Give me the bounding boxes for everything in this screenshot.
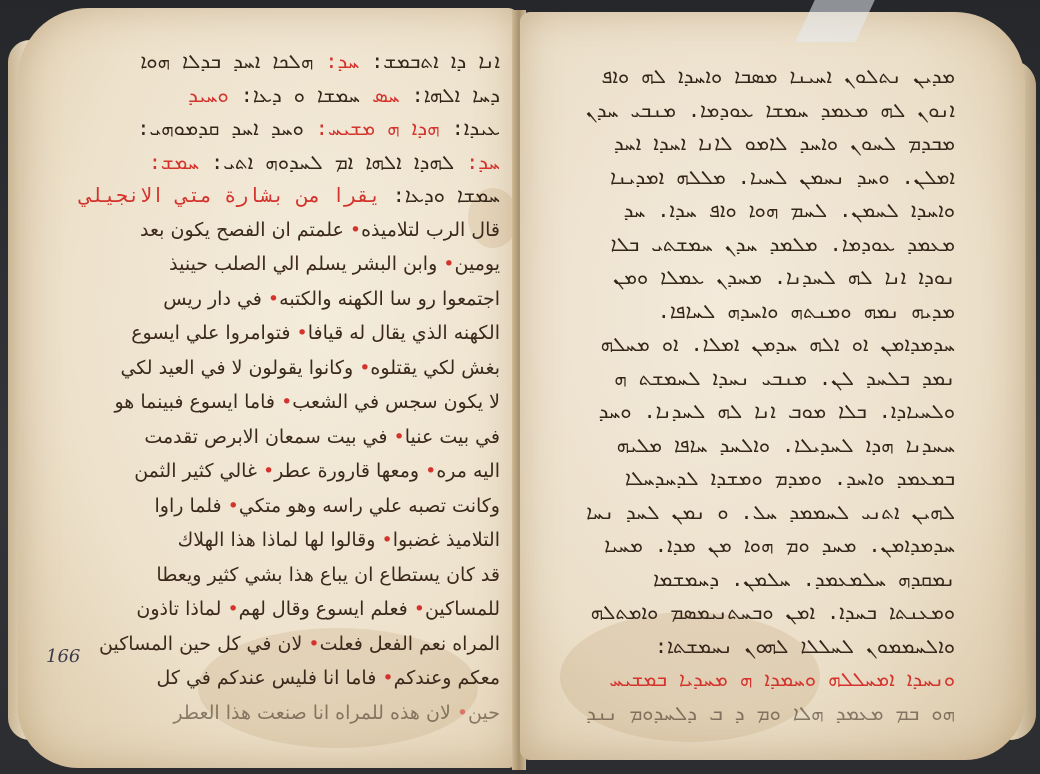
arabic-line: قد كان يستطاع ان يباع هذا بشي كثير ويعطا — [60, 558, 500, 593]
folio-number: 166 — [46, 646, 80, 667]
syriac-line: ܚܡܫܐ ܘܕܥܐ: يقرا من بشارة متي الانجيلي — [60, 179, 500, 213]
arabic-line: معكم وعندكم• فاما انا فليس عندكم في كل — [60, 661, 500, 696]
arabic-line: قال الرب لتلاميذه• علمتم ان الفصح يكون ب… — [60, 213, 500, 248]
syriac-rubric-line: ܘܢܚܕܐ ܐܡܚܠܠܗ ܘܚܡܕܐ ܗ ܡܚܕܝܐ ܒܡܫܝܚ — [560, 663, 955, 697]
arabic-line: حين• لان هذه للمراه انا صنعت هذا العطر — [60, 696, 500, 731]
arabic-line: المراه نعم الفعل فعلت• لان في كل حين الم… — [60, 627, 500, 662]
syriac-line: ܚܕ: ܠܗܕܐ ܐܠܗܐ ܐܡ ܠܚܕܘܗ ܐܬܝ: ܚܡܫ: — [60, 146, 500, 180]
syriac-line: ܗܘ ܒܡ ܡܥܡܕ ܗܠܐ ܘܡ ܕ ܒ ܕܠܚܕܘܡ ܢܢܕ — [560, 697, 955, 731]
arabic-line: في بيت عنيا• في بيت سمعان الابرص تقدمت — [60, 420, 500, 455]
arabic-line: اجتمعوا رو سا الكهنه والكتبه• في دار ريس — [60, 282, 500, 317]
syriac-line: ܒܡܥܡܕ ܘܐܚܕ. ܘܡܕܡ ܘܡܫܕܐ ܠܕܚܕܚܠܐ — [560, 462, 955, 496]
syriac-line: ܡܕܝܗ ܢܡܗ ܘܡܢܬܗ ܘܐܚܕܗ ܠܚܐܦܐ. — [560, 295, 955, 329]
syriac-line: ܘܡܥܢܬܐ ܒܚܕܐ. ܐܡܢ ܘܒܚܬܢܝܡܣܡ ܘܐܡܬܠܗ — [560, 596, 955, 630]
arabic-line: الكهنه الذي يقال له قيافا• فتوامروا علي … — [60, 316, 500, 351]
syriac-line: ܠܗܝܢ ܐܬܢܝ ܠܚܡܡܕ ܚܠ. ܘ ܢܡܢ ܠܚܕ ܢܚܐ — [560, 496, 955, 530]
syriac-line: ܚܕܡܕܐܡܢ ܐܘ ܐܠܗ ܚܕܡܢ ܐܡܠܐ. ܐܘ ܡܚܠܗ — [560, 328, 955, 362]
arabic-line: وكانت تصبه علي راسه وهو متكي• فلما راوا — [60, 489, 500, 524]
syriac-line: ܐܡܠܢ. ܘܚܕ ܢܚܡܢ ܠܚܝܐ. ܡܠܠܗ ܐܡܕܝܢܐ — [560, 161, 955, 195]
syriac-line: ܚܕܡܕܐܡܢ. ܡܚܕ ܘܡ ܗܘܐ ܡܢ ܡܕܐ. ܡܚܝܐ — [560, 529, 955, 563]
arabic-line: للمساكين• فعلم ايسوع وقال لهم• لماذا تاذ… — [60, 592, 500, 627]
syriac-line: ܢܘܕܐ ܐܢܐ ܠܗ ܠܚܕܢܐ. ܡܚܕܢ ܥܡܠܐ ܘܡܢ — [560, 261, 955, 295]
arabic-line: يومين• وابن البشر يسلم الي الصلب حينيذ — [60, 247, 500, 282]
syriac-line: ܐܢܘܢ ܠܗ ܡܥܡܕ ܚܡܫܐ ܥܘܕܡܐ. ܡܢܒܝ ܚܕܢ — [560, 94, 955, 128]
arabic-line: بغش لكي يقتلوه• وكانوا يقولون لا في العي… — [60, 351, 500, 386]
syriac-line: ܚܚܕܢܐ ܗܕܐ ܠܚܕܝܠܐ. ܘܐܠܚܕ ܚܐܦܐ ܡܠܝܗ — [560, 429, 955, 463]
syriac-line: ܘܐܚܕܐ ܠܚܡܢ. ܠܚܡ ܗܘܐ ܘܐܦ ܚܕܐ. ܚܕ — [560, 194, 955, 228]
arabic-line: اليه مره• ومعها قارورة عطر• غالي كثير ال… — [60, 454, 500, 489]
syriac-line: ܡܕܝܢ ܢܬܠܘܢ ܐܚܝܢܐ ܡܣܒܐ ܘܐܚܕܐ ܠܗ ܘܐܦ — [560, 60, 955, 94]
left-page-text: ܐܢܐ ܕܐ ܐܬܒܡܫ: ܚܕ: ܗܠܟܐ ܐܚܕ ܒܕܠܐ ܗܘܐ ܕܚܐ … — [60, 45, 500, 730]
syriac-line: ܕܚܐ ܐܠܗܐ: ܚܣ ܚܡܫܐ ܘ ܕܥܐ: ܘܚܝܕ — [60, 79, 500, 113]
syriac-line: ܘܠܚܝܐܕܐ. ܒܠܐ ܡܘܒ ܐܢܐ ܠܗ ܠܚܕܢܐ. ܘܚܕ — [560, 395, 955, 429]
syriac-line: ܡܥܡܕ ܥܘܕܡܐ. ܡܠܡܕ ܚܕܢ ܚܡܫܬܝ ܒܠܐ — [560, 228, 955, 262]
syriac-line: ܡܒܕܡ ܠܚܘܢ ܘܐܚܕ ܠܐܡܘ ܠܐܢܐ ܐܚܕܐ ܐܚܕ — [560, 127, 955, 161]
syriac-line: ܘܐܠܚܡܡܘܢ ܠܚܠܠܐ ܠܗܘܢ ܢܚܡܫܬܐ: — [560, 630, 955, 664]
syriac-line: ܢܡܩܕܗ ܚܠܡܥܡܕ. ܚܠܡܢ. ܕܚܡܫܡܐ — [560, 563, 955, 597]
right-page-text: ܡܕܝܢ ܢܬܠܘܢ ܐܚܝܢܐ ܡܣܒܐ ܘܐܚܕܐ ܠܗ ܘܐܦ ܐܢܘܢ … — [560, 60, 955, 730]
syriac-line: ܐܢܐ ܕܐ ܐܬܒܡܫ: ܚܕ: ܗܠܟܐ ܐܚܕ ܒܕܠܐ ܗܘܐ — [60, 45, 500, 79]
arabic-line: التلاميذ غضبوا• وقالوا لها لماذا هذا اله… — [60, 523, 500, 558]
syriac-line: ܢܡܕ ܒܠܚܕ ܠܢ. ܡܢܒܝ ܢܚܕܐ ܠܚܡܫܬ ܗ — [560, 362, 955, 396]
arabic-line: لا يكون سجس في الشعب• فاما ايسوع فبينما … — [60, 385, 500, 420]
syriac-line: ܥܝܕܐ: ܗܕܐ ܗ ܡܫܝܚ: ܘܚܕ ܐܚܕ ܩܕܡܘܗܝ: — [60, 112, 500, 146]
